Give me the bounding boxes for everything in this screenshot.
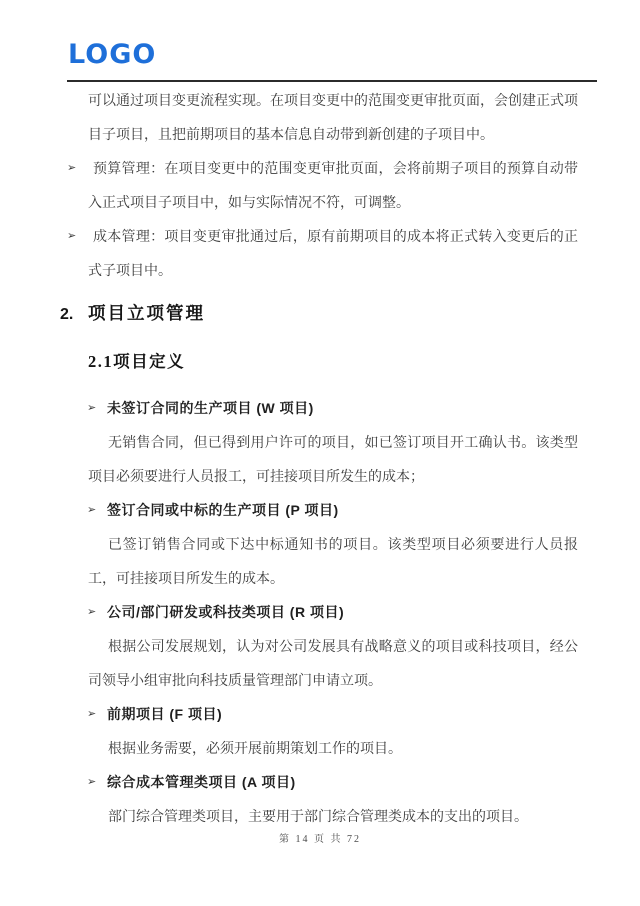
body-paragraph: 已签订销售合同或下达中标通知书的项目。该类型项目必须要进行人员报工，可挂接项目所… <box>88 527 578 595</box>
bullet-arrow-icon: ➢ <box>67 219 76 253</box>
section-heading: 2.项目立项管理 <box>60 295 578 333</box>
bullet-item-bold: ➢前期项目 (F 项目) <box>88 697 578 731</box>
bullet-arrow-icon: ➢ <box>87 391 97 425</box>
bullet-text: 成本管理：项目变更审批通过后，原有前期项目的成本将正式转入变更后的正式子项目中。 <box>88 228 578 278</box>
body-paragraph: 可以通过项目变更流程实现。在项目变更中的范围变更审批页面，会创建正式项目子项目，… <box>88 83 578 151</box>
bullet-item-bold: ➢未签订合同的生产项目 (W 项目) <box>88 391 578 425</box>
heading-text: 项目立项管理 <box>88 303 205 323</box>
document-body: 可以通过项目变更流程实现。在项目变更中的范围变更审批页面，会创建正式项目子项目，… <box>88 83 578 833</box>
heading-number: 2. <box>60 297 88 333</box>
bullet-text: 公司/部门研发或科技类项目 (R 项目) <box>107 604 344 620</box>
bullet-item-bold: ➢综合成本管理类项目 (A 项目) <box>88 765 578 799</box>
bullet-arrow-icon: ➢ <box>87 493 97 527</box>
bullet-text: 签订合同或中标的生产项目 (P 项目) <box>107 502 339 518</box>
bullet-item: ➢成本管理：项目变更审批通过后，原有前期项目的成本将正式转入变更后的正式子项目中… <box>88 219 578 287</box>
bullet-arrow-icon: ➢ <box>87 765 97 799</box>
bullet-item-bold: ➢公司/部门研发或科技类项目 (R 项目) <box>88 595 578 629</box>
company-logo: LOGO <box>68 39 156 70</box>
body-paragraph: 无销售合同，但已得到用户许可的项目，如已签订项目开工确认书。该类型项目必须要进行… <box>88 425 578 493</box>
bullet-text: 预算管理：在项目变更中的范围变更审批页面，会将前期子项目的预算自动带入正式项目子… <box>88 160 578 210</box>
body-paragraph: 根据业务需要，必须开展前期策划工作的项目。 <box>88 731 578 765</box>
document-page: LOGO 可以通过项目变更流程实现。在项目变更中的范围变更审批页面，会创建正式项… <box>0 0 640 906</box>
header-divider <box>67 80 597 82</box>
body-paragraph: 根据公司发展规划，认为对公司发展具有战略意义的项目或科技项目，经公司领导小组审批… <box>88 629 578 697</box>
bullet-text: 前期项目 (F 项目) <box>107 706 222 722</box>
body-paragraph: 部门综合管理类项目，主要用于部门综合管理类成本的支出的项目。 <box>88 799 578 833</box>
bullet-arrow-icon: ➢ <box>87 697 97 731</box>
bullet-item: ➢预算管理：在项目变更中的范围变更审批页面，会将前期子项目的预算自动带入正式项目… <box>88 151 578 219</box>
bullet-text: 综合成本管理类项目 (A 项目) <box>107 774 296 790</box>
bullet-arrow-icon: ➢ <box>67 151 76 185</box>
page-number-footer: 第 14 页 共 72 <box>0 830 640 850</box>
page-header: LOGO <box>68 40 156 70</box>
bullet-arrow-icon: ➢ <box>87 595 97 629</box>
bullet-item-bold: ➢签订合同或中标的生产项目 (P 项目) <box>88 493 578 527</box>
bullet-text: 未签订合同的生产项目 (W 项目) <box>107 400 314 416</box>
subsection-heading: 2.1项目定义 <box>88 345 578 379</box>
